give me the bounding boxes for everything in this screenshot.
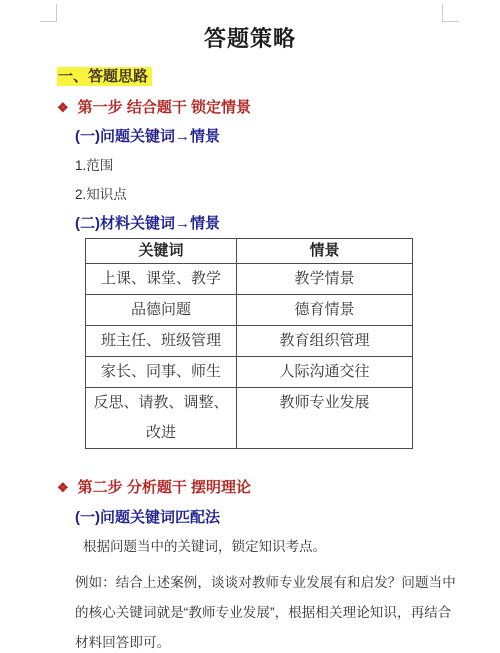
document-page: 答题策略 一、答题思路 ❖ 第一步 结合题干 锁定情景 (一)问题关键词→情景 … <box>0 0 500 653</box>
table-row: 家长、同事、师生 人际沟通交往 <box>86 357 413 388</box>
sub-heading-material-keywords: (二)材料关键词→情景 <box>75 214 450 234</box>
cell-keyword: 班主任、班级管理 <box>86 326 237 357</box>
column-header-keyword: 关键词 <box>86 239 237 264</box>
cell-scenario: 教师专业发展 <box>237 388 413 449</box>
cell-scenario: 教学情景 <box>237 264 413 295</box>
paragraph-method: 根据问题当中的关键词，锁定知识考点。 <box>75 538 450 556</box>
step1-label: 第一步 结合题干 锁定情景 <box>78 98 251 118</box>
cell-text: 班主任、班级管理 <box>101 326 221 356</box>
margin-corner-mark-right <box>442 4 459 22</box>
cell-scenario: 德育情景 <box>237 295 413 326</box>
cell-scenario: 人际沟通交往 <box>237 357 413 388</box>
column-header-scenario: 情景 <box>237 239 413 264</box>
table-row: 反思、请教、调整、改进 教师专业发展 <box>86 388 413 449</box>
section1-heading-highlighted: 一、答题思路 <box>57 67 152 86</box>
sub-heading-question-keywords: (一)问题关键词→情景 <box>75 127 450 147</box>
section1-heading-row: 一、答题思路 <box>57 66 450 88</box>
paragraph-line: 的核心关键词就是“教师专业发展”，根据相关理论知识，再结合 <box>75 598 450 628</box>
cell-keyword: 上课、课堂、教学 <box>86 264 237 295</box>
cell-scenario: 教育组织管理 <box>237 326 413 357</box>
paragraph-line: 例如：结合上述案例，谈谈对教师专业发展有和启发？问题当中 <box>75 568 450 598</box>
list-item-knowledge-point: 2.知识点 <box>75 186 450 204</box>
cell-keyword: 品德问题 <box>86 295 237 326</box>
cell-text: 反思、请教、调整、改进 <box>91 388 232 448</box>
step1-heading: ❖ 第一步 结合题干 锁定情景 <box>57 98 450 118</box>
table-row: 品德问题 德育情景 <box>86 295 413 326</box>
table-row: 上课、课堂、教学 教学情景 <box>86 264 413 295</box>
keyword-scenario-table: 关键词 情景 上课、课堂、教学 教学情景 品德问题 德育情景 班主任、班级管理 … <box>85 238 413 449</box>
table-header-row: 关键词 情景 <box>86 239 413 264</box>
cell-keyword: 反思、请教、调整、改进 <box>86 388 237 449</box>
cell-keyword: 家长、同事、师生 <box>86 357 237 388</box>
document-body: 一、答题思路 ❖ 第一步 结合题干 锁定情景 (一)问题关键词→情景 1.范围 … <box>57 66 450 653</box>
step2-label: 第二步 分析题干 摆明理论 <box>78 478 251 498</box>
cell-text: 上课、课堂、教学 <box>101 264 221 294</box>
cell-text: 品德问题 <box>131 295 191 325</box>
cell-text: 家长、同事、师生 <box>101 357 221 387</box>
step2-heading: ❖ 第二步 分析题干 摆明理论 <box>57 478 450 498</box>
paragraph-example: 例如：结合上述案例，谈谈对教师专业发展有和启发？问题当中 的核心关键词就是“教师… <box>75 568 450 653</box>
list-item-scope: 1.范围 <box>75 157 450 175</box>
paragraph-line: 材料回答即可。 <box>75 628 450 653</box>
page-title: 答题策略 <box>0 26 500 52</box>
table-row: 班主任、班级管理 教育组织管理 <box>86 326 413 357</box>
diamond-bullet-icon: ❖ <box>57 98 69 118</box>
diamond-bullet-icon: ❖ <box>57 478 69 498</box>
margin-corner-mark-left <box>40 4 57 22</box>
sub-heading-keyword-matching: (一)问题关键词匹配法 <box>75 508 450 528</box>
